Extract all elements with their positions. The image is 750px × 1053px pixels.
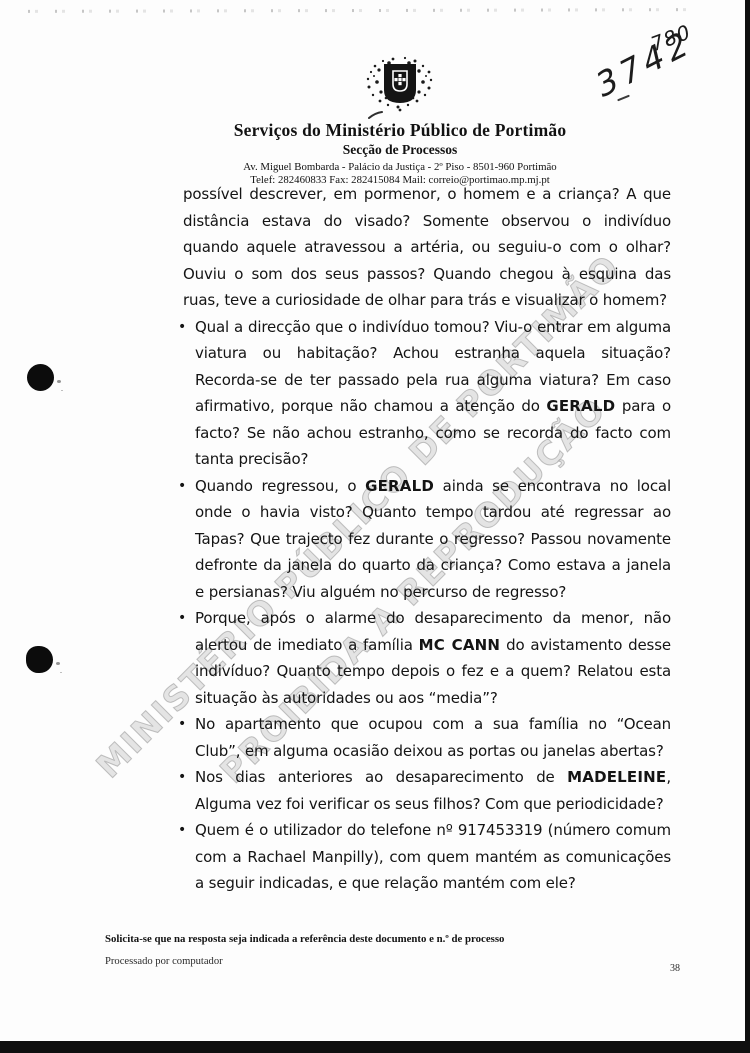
page-number: 38 [670, 963, 680, 974]
question-bullet-item: Qual a direcção que o indivíduo tomou? V… [195, 314, 671, 473]
org-address: Av. Miguel Bombarda - Palácio da Justiça… [130, 161, 670, 173]
document-body: possível descrever, em pormenor, o homem… [183, 181, 671, 897]
hole-punch-mark [26, 646, 53, 673]
scan-noise-strip [28, 8, 692, 13]
question-bullet-item: Quem é o utilizador do telefone nº 91745… [195, 817, 671, 897]
org-name: Serviços do Ministério Público de Portim… [130, 120, 670, 141]
question-bullet-item: Nos dias anteriores ao desaparecimento d… [195, 764, 671, 817]
letterhead: Serviços do Ministério Público de Portim… [130, 120, 670, 186]
footer-processed-by: Processado por computador [105, 956, 223, 967]
scan-edge-right [745, 0, 750, 1053]
scan-edge-bottom [0, 1041, 750, 1053]
footer-notice: Solicita-se que na resposta seja indicad… [105, 933, 504, 945]
question-bullet-item: No apartamento que ocupou com a sua famí… [195, 711, 671, 764]
org-section: Secção de Processos [130, 142, 670, 158]
portugal-coat-of-arms-icon [353, 54, 447, 126]
question-list: Qual a direcção que o indivíduo tomou? V… [183, 314, 671, 897]
question-bullet-item: Quando regressou, o GERALD ainda se enco… [195, 473, 671, 606]
intro-paragraph: possível descrever, em pormenor, o homem… [183, 181, 671, 314]
hole-punch-mark [27, 364, 54, 391]
scanned-document-page: 3742 780 [0, 0, 750, 1053]
question-bullet-item: Porque, após o alarme do desaparecimento… [195, 605, 671, 711]
